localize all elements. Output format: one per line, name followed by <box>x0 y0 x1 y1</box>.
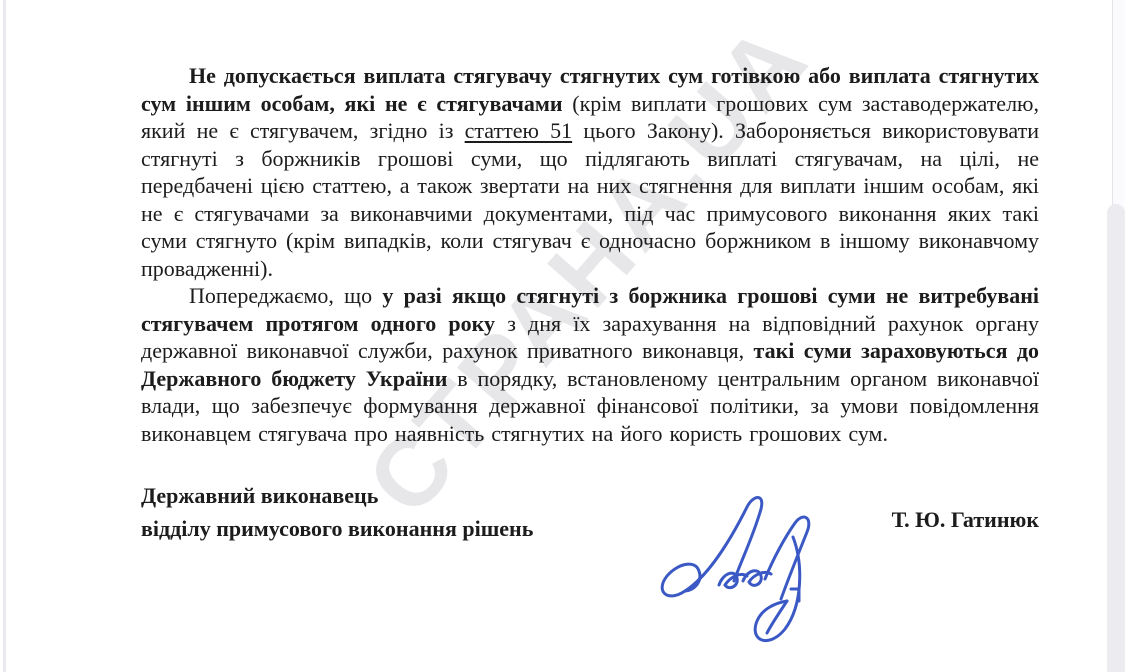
scrollbar-thumb[interactable] <box>1107 204 1125 672</box>
signature-block: Державний виконавець відділу примусового… <box>141 479 1039 669</box>
paragraph-2-lead: Попереджаємо, що <box>189 283 382 308</box>
signer-title-line-2: відділу примусового виконання рішень <box>141 512 533 545</box>
signer-name: Т. Ю. Гатинюк <box>892 507 1039 533</box>
signer-title-line-1: Державний виконавець <box>141 479 533 512</box>
scanned-document-viewer: СТРАНА.UA Не допускається виплата стягув… <box>0 0 1125 672</box>
paragraph-1: Не допускається виплата стягувачу стягну… <box>141 62 1039 282</box>
paragraph-2: Попереджаємо, що у разі якщо стягнуті з … <box>141 282 1039 447</box>
viewer-left-border <box>3 0 6 672</box>
article-51-reference: статтею 51 <box>465 118 572 143</box>
signer-title: Державний виконавець відділу примусового… <box>141 479 533 545</box>
document-body: Не допускається виплата стягувачу стягну… <box>141 62 1039 669</box>
handwritten-signature <box>641 479 836 659</box>
